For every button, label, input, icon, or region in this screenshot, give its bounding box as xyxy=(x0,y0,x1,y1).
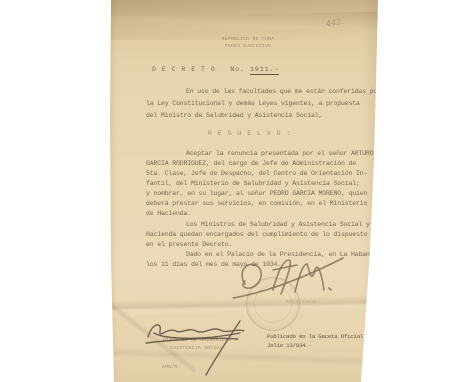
opening-line: la Ley Constitucional y demás Leyes vige… xyxy=(146,101,360,108)
opening-line: del Ministro de Salubridad y Asistencia … xyxy=(146,113,322,120)
mandate-line: Hacienda quedan encargados del cumplimie… xyxy=(146,232,367,239)
decree-label: D E C R E T O No. xyxy=(152,66,245,73)
decree-number: 1911.- xyxy=(250,66,279,75)
body-line: GARCIA RODRIGUEZ, del cargo de Jefe de A… xyxy=(146,161,356,168)
letterhead-executive-power: PODER EJECUTIVO xyxy=(203,45,293,50)
president-signature xyxy=(223,248,348,306)
decree-number-line: D E C R E T O No. 1911.- xyxy=(152,67,279,74)
body-line: fantil, del Ministerio de Salubridad y A… xyxy=(146,181,360,188)
mandate-line: Los Ministros de Salubridad y Asistencia… xyxy=(186,222,381,229)
mandate-line: en el presente Decreto. xyxy=(146,242,232,249)
document-paper: 442. REPUBLICA DE CUBA PODER EJECUTIVO D… xyxy=(108,0,384,382)
resolve-heading: R E S U E L V O : xyxy=(208,131,288,138)
letterhead-republic: REPUBLICA DE CUBA xyxy=(203,38,293,43)
body-line: de Hacienda. xyxy=(146,211,191,218)
publication-note-line1: Publicado en la Gaceta Oficial xyxy=(267,334,363,340)
opening-line: En uso de las facultades que me están co… xyxy=(186,89,381,96)
body-line: Aceptar la renuncia presentada por el se… xyxy=(186,151,374,158)
minister-signature xyxy=(140,313,260,377)
body-line: 5ta. Clase, Jefe de Despacho, del Centro… xyxy=(146,171,367,178)
body-line: deberá prestar sus servicios, en comisió… xyxy=(146,201,367,208)
body-line: y nombrar, en su lugar, al señor PEDRO G… xyxy=(146,191,367,198)
publication-note-line2: Julio 13/934.- xyxy=(267,343,312,349)
